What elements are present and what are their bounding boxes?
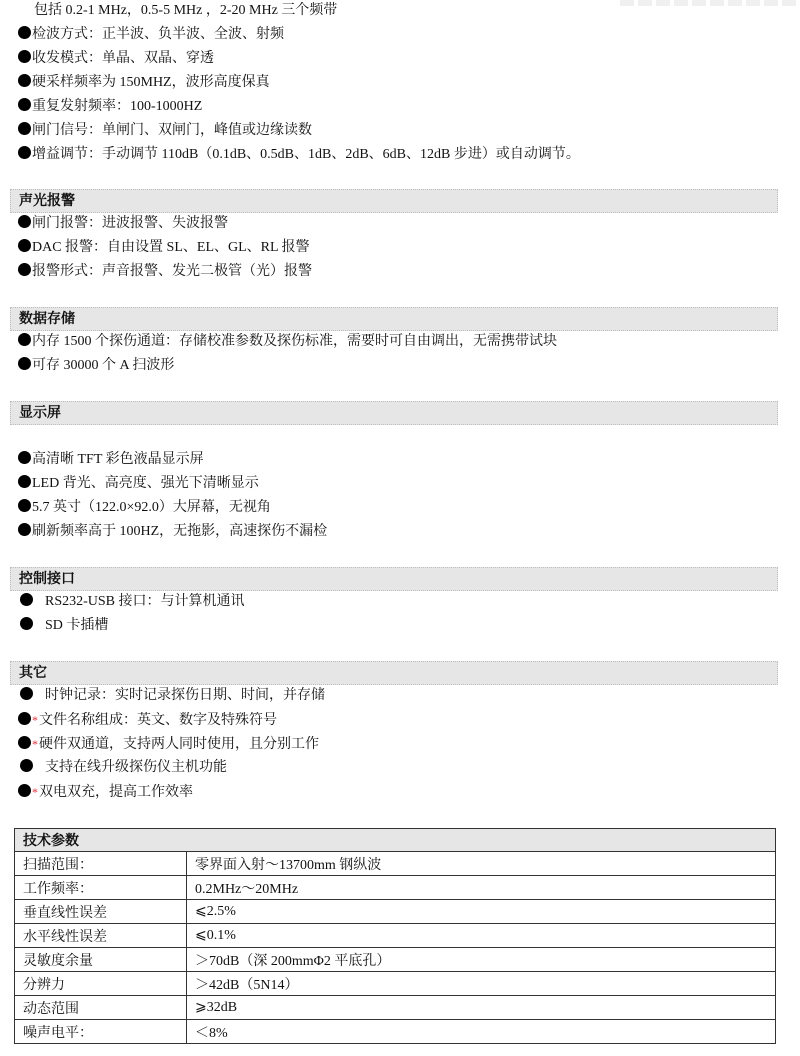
list-item: DAC 报警：自由设置 SL、EL、GL、RL 报警	[18, 237, 310, 259]
bullet-icon	[18, 357, 31, 370]
section-header-storage: 数据存储	[10, 307, 778, 331]
table-row: 分辨力 ＞42dB（5N14）	[15, 972, 776, 996]
bullet-icon	[18, 784, 31, 797]
star-marker-icon: *	[32, 713, 38, 727]
spec-table: 技术参数 扫描范围： 零界面入射～13700mm 钢纵波 工作频率： 0.2MH…	[14, 828, 776, 1044]
param-label: 动态范围	[15, 996, 187, 1020]
list-item: 增益调节：手动调节 110dB（0.1dB、0.5dB、1dB、2dB、6dB、…	[18, 144, 580, 166]
param-value: ＜8%	[187, 1020, 776, 1044]
bullet-icon	[18, 146, 31, 159]
bullet-icon	[18, 736, 31, 749]
param-label: 工作频率：	[15, 876, 187, 900]
bullet-icon	[20, 617, 33, 630]
bullet-icon	[18, 239, 31, 252]
list-item: 重复发射频率：100-1000HZ	[18, 96, 202, 118]
param-value: ⩾32dB	[187, 996, 776, 1020]
frequency-band-line: 包括 0.2-1 MHz，0.5-5 MHz ，2-20 MHz 三个频带	[34, 0, 337, 22]
table-row: 动态范围 ⩾32dB	[15, 996, 776, 1020]
bullet-icon	[18, 333, 31, 346]
list-item: *硬件双通道，支持两人同时使用，且分别工作	[18, 733, 319, 755]
param-value: ＞70dB（深 200mmΦ2 平底孔）	[187, 948, 776, 972]
list-item: 高清晰 TFT 彩色液晶显示屏	[18, 449, 204, 471]
section-header-other: 其它	[10, 661, 778, 685]
param-value: 0.2MHz～20MHz	[187, 876, 776, 900]
list-item: 闸门信号：单闸门、双闸门，峰值或边缘读数	[18, 120, 312, 142]
param-value: ＞42dB（5N14）	[187, 972, 776, 996]
param-label: 分辨力	[15, 972, 187, 996]
param-label: 噪声电平：	[15, 1020, 187, 1044]
param-label: 扫描范围：	[15, 852, 187, 876]
bullet-icon	[20, 759, 33, 772]
list-item: 闸门报警：进波报警、失波报警	[18, 213, 228, 235]
list-item: *文件名称组成：英文、数字及特殊符号	[18, 709, 277, 731]
param-label: 灵敏度余量	[15, 948, 187, 972]
bullet-icon	[18, 523, 31, 536]
bullet-icon	[18, 263, 31, 276]
table-title: 技术参数	[15, 829, 776, 852]
section-header-interface: 控制接口	[10, 567, 778, 591]
list-item: *双电双充，提高工作效率	[18, 781, 193, 803]
table-row: 扫描范围： 零界面入射～13700mm 钢纵波	[15, 852, 776, 876]
param-label: 水平线性误差	[15, 924, 187, 948]
bullet-icon	[18, 712, 31, 725]
table-header-row: 技术参数	[15, 829, 776, 852]
bullet-icon	[18, 475, 31, 488]
bullet-icon	[18, 74, 31, 87]
list-item: RS232-USB 接口：与计算机通讯	[18, 591, 245, 613]
param-value: ⩽2.5%	[187, 900, 776, 924]
list-item: 收发模式：单晶、双晶、穿透	[18, 48, 214, 70]
list-item: 内存 1500 个探伤通道：存储校准参数及探伤标准，需要时可自由调出，无需携带试…	[18, 331, 557, 353]
list-item: 可存 30000 个 A 扫波形	[18, 355, 174, 377]
list-item: 刷新频率高于 100HZ，无拖影，高速探伤不漏检	[18, 521, 327, 543]
bullet-icon	[18, 451, 31, 464]
list-item: 时钟记录：实时记录探伤日期、时间，并存储	[18, 685, 325, 707]
bullet-icon	[18, 122, 31, 135]
list-item: 支持在线升级探伤仪主机功能	[18, 757, 227, 779]
table-row: 水平线性误差 ⩽0.1%	[15, 924, 776, 948]
bullet-icon	[18, 215, 31, 228]
table-row: 工作频率： 0.2MHz～20MHz	[15, 876, 776, 900]
table-row: 垂直线性误差 ⩽2.5%	[15, 900, 776, 924]
table-row: 灵敏度余量 ＞70dB（深 200mmΦ2 平底孔）	[15, 948, 776, 972]
list-item: 硬采样频率为 150MHZ，波形高度保真	[18, 72, 270, 94]
list-item: 检波方式：正半波、负半波、全波、射频	[18, 24, 284, 46]
list-item: 报警形式：声音报警、发光二极管（光）报警	[18, 261, 312, 283]
section-header-alarm: 声光报警	[10, 189, 778, 213]
bullet-icon	[18, 499, 31, 512]
bullet-icon	[18, 26, 31, 39]
bullet-icon	[20, 593, 33, 606]
cropped-text-fragment	[620, 0, 800, 6]
bullet-icon	[20, 687, 33, 700]
table-row: 噪声电平： ＜8%	[15, 1020, 776, 1044]
list-item: LED 背光、高亮度、强光下清晰显示	[18, 473, 259, 495]
bullet-icon	[18, 98, 31, 111]
list-item: SD 卡插槽	[18, 615, 108, 637]
list-item: 5.7 英寸（122.0×92.0）大屏幕，无视角	[18, 497, 271, 519]
param-value: ⩽0.1%	[187, 924, 776, 948]
star-marker-icon: *	[32, 785, 38, 799]
bullet-icon	[18, 50, 31, 63]
param-value: 零界面入射～13700mm 钢纵波	[187, 852, 776, 876]
param-label: 垂直线性误差	[15, 900, 187, 924]
section-header-display: 显示屏	[10, 401, 778, 425]
star-marker-icon: *	[32, 737, 38, 751]
